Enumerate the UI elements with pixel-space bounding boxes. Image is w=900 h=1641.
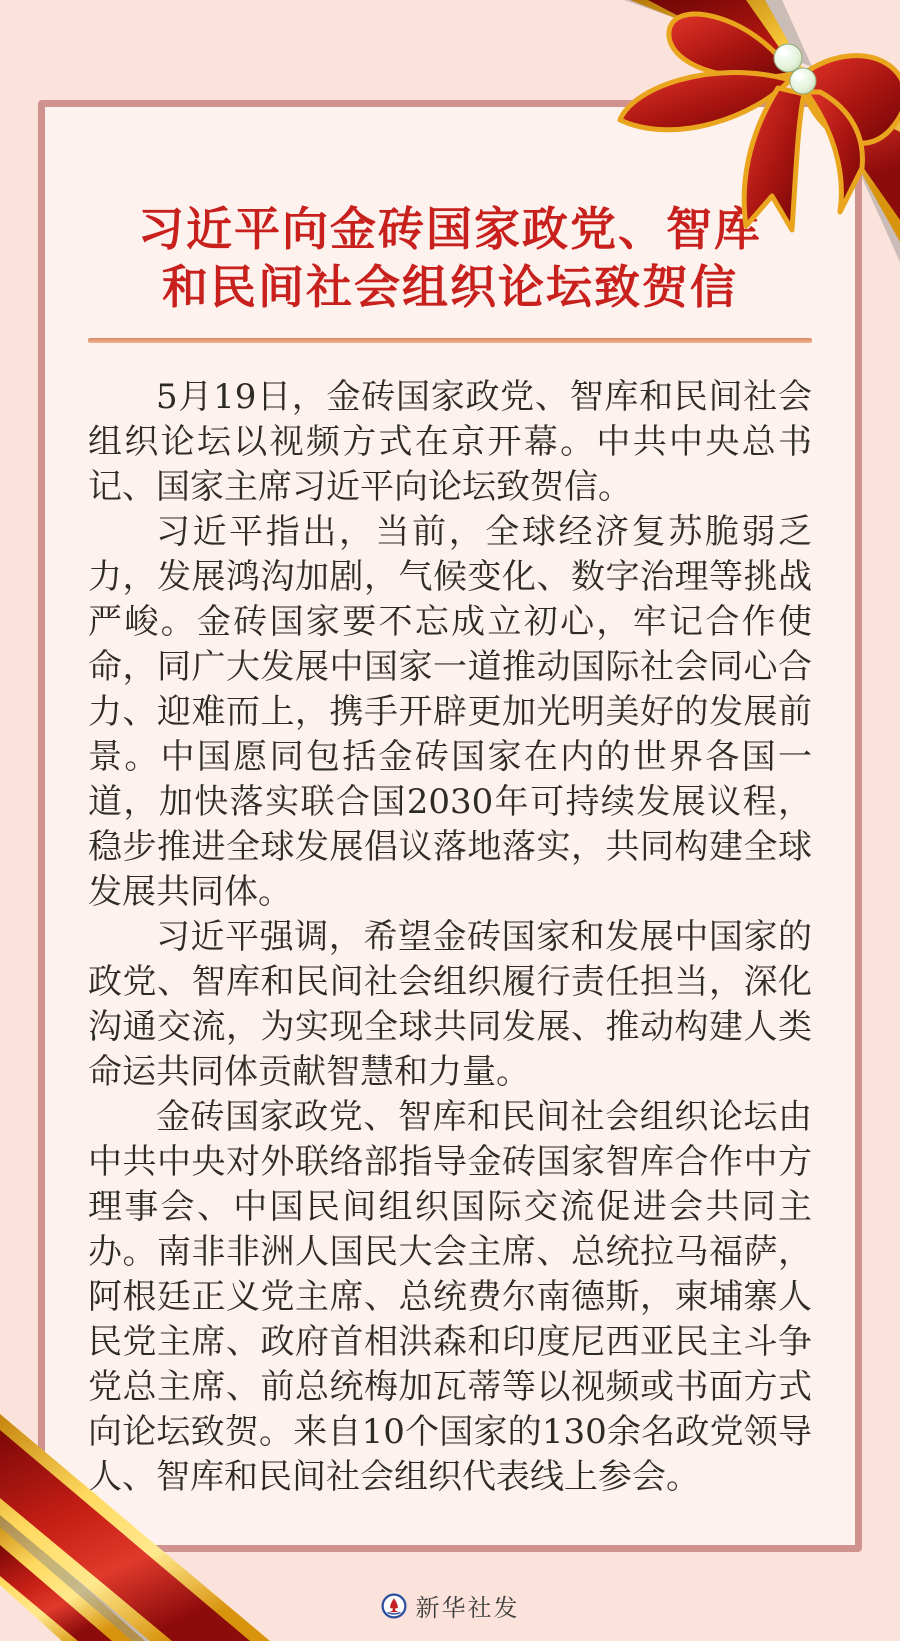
credit-text: 新华社发 <box>416 1588 520 1623</box>
page-title-line2: 和民间社会组织论坛致贺信 <box>45 258 855 316</box>
footer-credit: 新华社发 <box>0 1588 900 1623</box>
letter-card: 习近平向金砖国家政党、智库 和民间社会组织论坛致贺信 5月19日，金砖国家政党、… <box>38 100 862 1552</box>
article-paragraph: 金砖国家政党、智库和民间社会组织论坛由中共中央对外联络部指导金砖国家智库合作中方… <box>88 1095 812 1500</box>
title-divider <box>88 338 812 343</box>
page-title: 习近平向金砖国家政党、智库 和民间社会组织论坛致贺信 <box>45 200 855 316</box>
xinhua-logo-icon <box>381 1593 407 1619</box>
article-paragraph: 5月19日，金砖国家政党、智库和民间社会组织论坛以视频方式在京开幕。中共中央总书… <box>88 375 812 510</box>
article-paragraph: 习近平强调，希望金砖国家和发展中国家的政党、智库和民间社会组织履行责任担当，深化… <box>88 915 812 1095</box>
article-body: 5月19日，金砖国家政党、智库和民间社会组织论坛以视频方式在京开幕。中共中央总书… <box>88 375 812 1500</box>
page-title-line1: 习近平向金砖国家政党、智库 <box>45 200 855 258</box>
article-paragraph: 习近平指出，当前，全球经济复苏脆弱乏力，发展鸿沟加剧，气候变化、数字治理等挑战严… <box>88 510 812 915</box>
